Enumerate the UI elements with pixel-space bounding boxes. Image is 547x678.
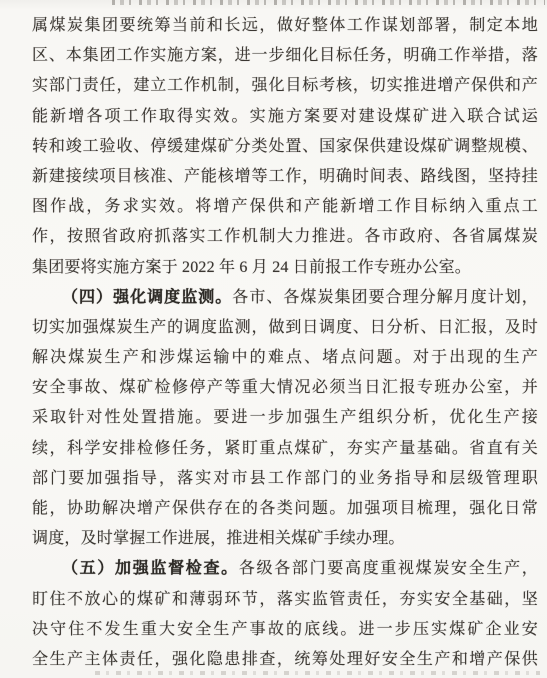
text-line: 解决煤炭生产和涉煤运输中的难点、堵点问题。对于出现的生产 [32, 343, 538, 373]
line-text: 续，科学安排检修任务，紧盯重点煤矿，夯实产量基础。省直有关 [32, 440, 538, 457]
text-line: 属煤炭集团要统筹当前和长远，做好整体工作谋划部署，制定本地 [32, 11, 538, 41]
line-text: 盯住不放心的煤矿和薄弱环节，落实监管责任，夯实安全基础，坚 [32, 591, 538, 608]
text-line: 作，按照省政府抓落实工作机制大力推进。各市政府、各省属煤炭 [32, 222, 538, 252]
line-text: 全生产主体责任，强化隐患排查，统筹处理好安全生产和增产保供 [32, 651, 538, 668]
line-text: 解决煤炭生产和涉煤运输中的难点、堵点问题。对于出现的生产 [32, 349, 538, 366]
text-line: 安全事故、煤矿检修停产等重大情况必须当日汇报专班办公室，并 [32, 373, 538, 403]
text-line: 集团要将实施方案于 2022 年 6 月 24 日前报工作专班办公室。 [32, 253, 538, 283]
line-text: 采取针对性处置措施。要进一步加强生产组织分析，优化生产接 [32, 409, 538, 426]
text-line: 区、本集团工作实施方案，进一步细化目标任务，明确工作举措，落 [32, 41, 538, 71]
line-text: 决守住不发生重大安全生产事故的底线。进一步压实煤矿企业安 [32, 621, 538, 638]
text-line: 能，协助解决增产保供存在的各类问题。加强项目梳理，强化日常 [32, 494, 538, 524]
text-line: 新建接续项目核准、产能核增等工作，明确时间表、路线图，坚持挂 [32, 162, 538, 192]
line-text: 部门要加强指导，落实对市县工作部门的业务指导和层级管理职 [32, 470, 538, 487]
document-page: 属煤炭集团要统筹当前和长远，做好整体工作谋划部署，制定本地 区、本集团工作实施方… [0, 0, 547, 678]
top-edge-clipped-text [112, 0, 545, 5]
line-text: 新建接续项目核准、产能核增等工作，明确时间表、路线图，坚持挂 [32, 168, 538, 185]
line-text: 图作战，务求实效。将增产保供和产能新增工作目标纳入重点工 [32, 198, 538, 215]
text-line: （四）强化调度监测。各市、各煤炭集团要合理分解月度计划， [32, 283, 538, 313]
text-line: 采取针对性处置措施。要进一步加强生产组织分析，优化生产接 [32, 403, 538, 433]
text-line: 续，科学安排检修任务，紧盯重点煤矿，夯实产量基础。省直有关 [32, 434, 538, 464]
line-text: 各级各部门要高度重视煤炭安全生产， [239, 560, 538, 577]
line-text: 实部门责任，建立工作机制，强化目标考核，切实推进增产保供和产 [32, 77, 538, 94]
text-line: 调度，及时掌握工作进展，推进相关煤矿手续办理。 [32, 524, 538, 554]
line-text: 作，按照省政府抓落实工作机制大力推进。各市政府、各省属煤炭 [32, 228, 538, 245]
page-text: 属煤炭集团要统筹当前和长远，做好整体工作谋划部署，制定本地 区、本集团工作实施方… [32, 11, 538, 675]
text-line: 决守住不发生重大安全生产事故的底线。进一步压实煤矿企业安 [32, 615, 538, 645]
line-text: 集团要将实施方案于 2022 年 6 月 24 日前报工作专班办公室。 [32, 259, 471, 276]
text-line: 图作战，务求实效。将增产保供和产能新增工作目标纳入重点工 [32, 192, 538, 222]
line-text: 属煤炭集团要统筹当前和长远，做好整体工作谋划部署，制定本地 [32, 17, 538, 34]
text-line: 盯住不放心的煤矿和薄弱环节，落实监管责任，夯实安全基础，坚 [32, 585, 538, 615]
line-text: 能新增各项工作取得实效。实施方案要对建设煤矿进入联合试运 [32, 108, 538, 125]
section-heading-five: （五）加强监督检查。 [62, 560, 239, 577]
line-text: 调度，及时掌握工作进展，推进相关煤矿手续办理。 [32, 530, 405, 547]
text-line: 实部门责任，建立工作机制，强化目标考核，切实推进增产保供和产 [32, 71, 538, 101]
line-text: 各市、各煤炭集团要合理分解月度计划， [232, 289, 538, 306]
text-line: 能新增各项工作取得实效。实施方案要对建设煤矿进入联合试运 [32, 102, 538, 132]
text-line: 部门要加强指导，落实对市县工作部门的业务指导和层级管理职 [32, 464, 538, 494]
line-text: 转和竣工验收、停缓建煤矿分类处置、国家保供建设煤矿调整规模、 [32, 138, 538, 155]
line-text: 安全事故、煤矿检修停产等重大情况必须当日汇报专班办公室，并 [32, 379, 538, 396]
section-heading-four: （四）强化调度监测。 [62, 289, 232, 306]
text-line: 切实加强煤炭生产的调度监测，做到日调度、日分析、日汇报，及时 [32, 313, 538, 343]
line-text: 区、本集团工作实施方案，进一步细化目标任务，明确工作举措，落 [32, 47, 538, 64]
text-line: 转和竣工验收、停缓建煤矿分类处置、国家保供建设煤矿调整规模、 [32, 132, 538, 162]
bottom-edge-clipped-text [95, 671, 540, 675]
line-text: 切实加强煤炭生产的调度监测，做到日调度、日分析、日汇报，及时 [32, 319, 538, 336]
line-text: 能，协助解决增产保供存在的各类问题。加强项目梳理，强化日常 [32, 500, 538, 517]
text-line: （五）加强监督检查。各级各部门要高度重视煤炭安全生产， [32, 554, 538, 584]
